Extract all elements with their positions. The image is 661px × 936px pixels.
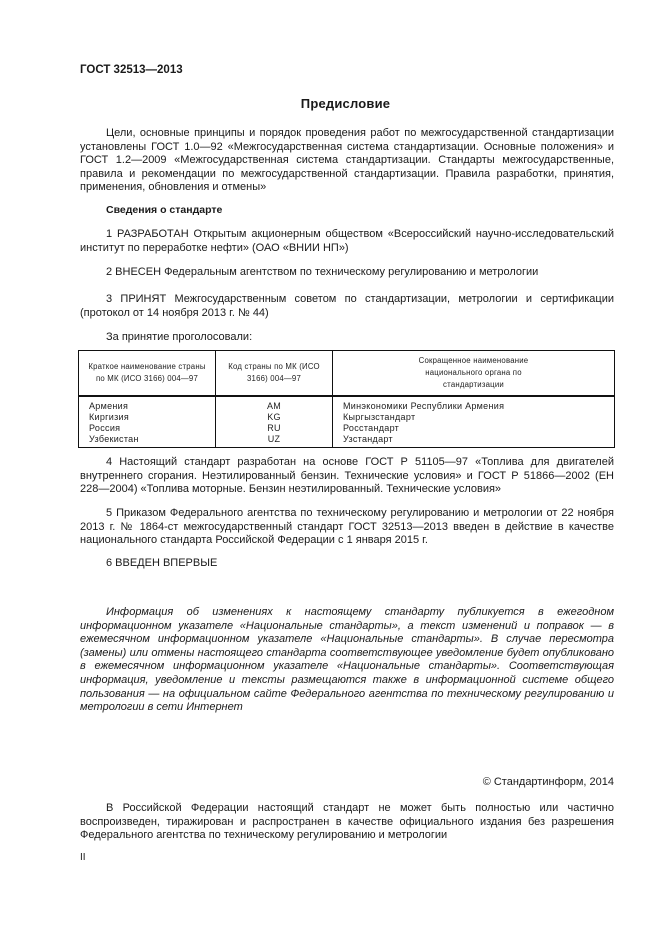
body-cell: Росстандарт [333,423,615,434]
item-4: 4 Настоящий стандарт разработан на основ… [80,456,614,497]
body-cell: Минэкономики Республики Армения [333,396,615,412]
header-body: Сокращенное наименование национального о… [333,351,615,397]
table-row: Киргизия KG Кыргызстандарт [79,412,615,423]
section-heading: Сведения о стандарте [106,204,222,216]
code-cell: RU [216,423,333,434]
table-row: Россия RU Росстандарт [79,423,615,434]
document-code: ГОСТ 32513—2013 [80,64,183,76]
item-2: 2 ВНЕСЕН Федеральным агентством по техни… [80,266,614,280]
code-cell: UZ [216,434,333,448]
country-cell: Армения [79,396,216,412]
page-number: II [80,852,86,863]
header-code: Код страны по МК (ИСО 3166) 004—97 [216,351,333,397]
voting-table: Краткое наименование страны по МК (ИСО 3… [78,350,615,448]
table-header-row: Краткое наименование страны по МК (ИСО 3… [79,351,615,397]
table-row: Узбекистан UZ Узстандарт [79,434,615,448]
intro-paragraph: Цели, основные принципы и порядок провед… [80,127,614,195]
amendments-notice: Информация об изменениях к настоящему ст… [80,606,614,715]
rights-notice: В Российской Федерации настоящий стандар… [80,802,614,843]
country-cell: Киргизия [79,412,216,423]
country-cell: Узбекистан [79,434,216,448]
item-6: 6 ВВЕДЕН ВПЕРВЫЕ [80,557,614,571]
page-title: Предисловие [0,96,661,111]
country-cell: Россия [79,423,216,434]
voted-label: За принятие проголосовали: [106,331,252,343]
code-cell: KG [216,412,333,423]
body-cell: Кыргызстандарт [333,412,615,423]
copyright: © Стандартинформ, 2014 [483,776,614,788]
item-3: 3 ПРИНЯТ Межгосударственным советом по с… [80,293,614,320]
table-row: Армения AM Минэкономики Республики Армен… [79,396,615,412]
body-cell: Узстандарт [333,434,615,448]
item-5: 5 Приказом Федерального агентства по тех… [80,507,614,548]
item-1: 1 РАЗРАБОТАН Открытым акционерным общест… [80,228,614,255]
header-country: Краткое наименование страны по МК (ИСО 3… [79,351,216,397]
code-cell: AM [216,396,333,412]
